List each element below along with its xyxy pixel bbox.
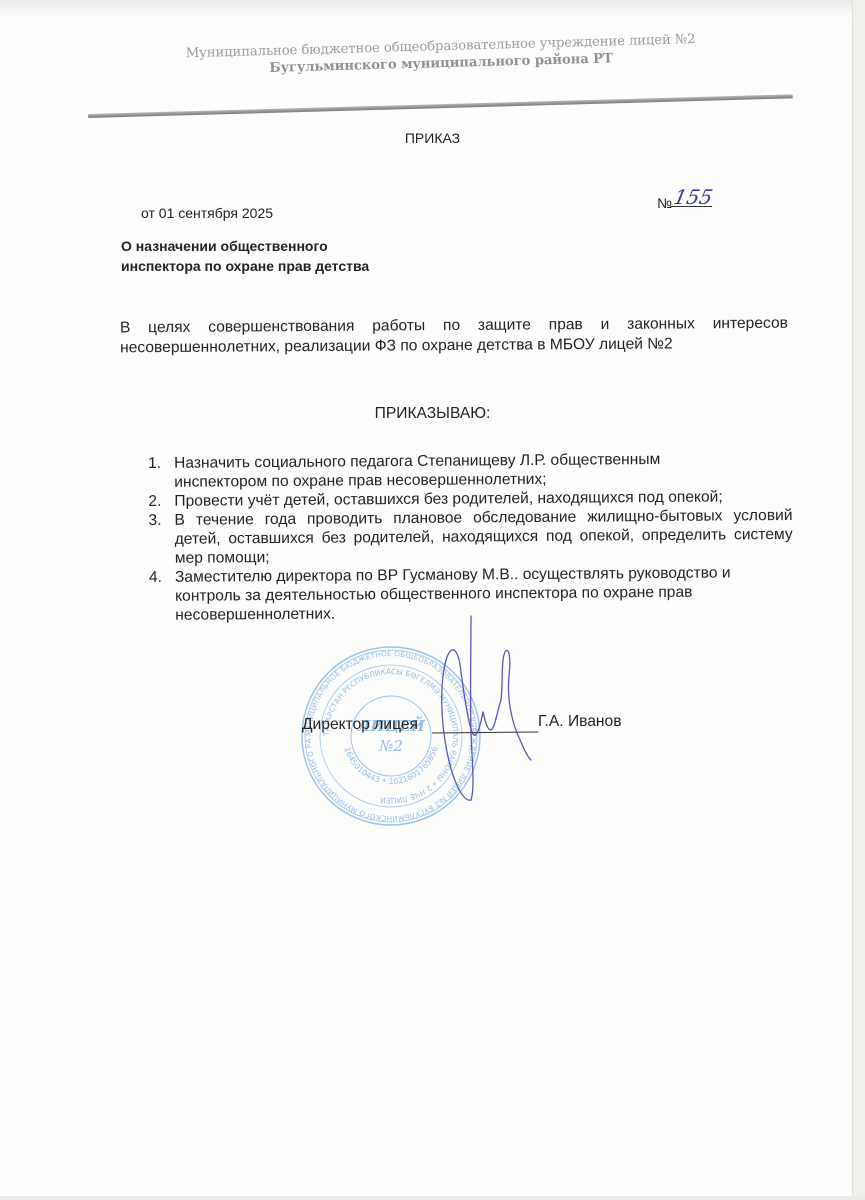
scan-edge-right (852, 0, 865, 1200)
handwritten-signature-icon (425, 612, 535, 812)
order-items-list: 1. Назначить социального педагога Степан… (148, 449, 793, 625)
scan-edge-top (0, 0, 865, 18)
item-number: 2. (148, 492, 161, 511)
signatory-position: Директор лицея (302, 716, 418, 734)
subject-line-2: инспектора по охране прав детства (121, 256, 369, 276)
list-item: 3. В течение года проводить плановое обс… (148, 506, 792, 568)
letterhead: Муниципальное бюджетное общеобразователь… (88, 28, 794, 82)
document-title: ПРИКАЗ (0, 130, 865, 146)
handwritten-number: 155 (670, 188, 716, 207)
svg-text:№2: №2 (378, 737, 403, 755)
scan-edge-bottom (0, 1196, 865, 1200)
preamble-paragraph: В целях совершенствования работы по защи… (120, 314, 788, 359)
item-number: 3. (148, 511, 161, 530)
order-date: от 01 сентября 2025 (141, 205, 273, 221)
item-text: В течение года проводить плановое обслед… (174, 506, 792, 568)
order-number: №155 (657, 192, 714, 211)
order-subject: О назначении общественного инспектора по… (121, 236, 369, 276)
item-text: Назначить социального педагога Степанище… (174, 449, 792, 492)
list-item: 1. Назначить социального педагога Степан… (148, 449, 792, 492)
item-number: 1. (148, 454, 161, 473)
letterhead-divider (88, 94, 793, 118)
subject-line-1: О назначении общественного (121, 236, 369, 256)
signatory-name: Г.А. Иванов (538, 713, 622, 731)
item-number: 4. (149, 568, 162, 587)
decree-heading: ПРИКАЗЫВАЮ: (0, 405, 865, 423)
